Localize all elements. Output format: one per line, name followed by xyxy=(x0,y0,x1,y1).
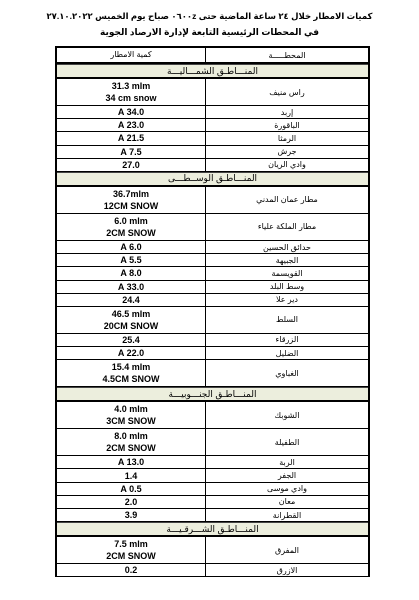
station-name: الجبيهة xyxy=(205,254,368,266)
station-name: الطفيلة xyxy=(205,429,368,455)
report-title: كميات الامطار خلال ٢٤ ساعة الماضية حتى ٠… xyxy=(0,11,419,22)
amount-line: 2CM SNOW xyxy=(106,227,156,239)
station-name: إربد xyxy=(205,106,368,118)
amount-line: 15.4 mlm xyxy=(112,361,151,373)
station-name: وادي موسى xyxy=(205,483,368,495)
amount-line: 46.5 mlm xyxy=(112,308,151,320)
amount-line: A 6.0 xyxy=(120,241,141,253)
station-name: الباقورة xyxy=(205,119,368,131)
station-name: حدائق الحسين xyxy=(205,241,368,253)
amount-line: 6.0 mlm xyxy=(114,215,148,227)
rainfall-amount: A 5.5 xyxy=(57,254,205,266)
table-row: A 5.5الجبيهة xyxy=(57,254,368,267)
table-row: A 6.0حدائق الحسين xyxy=(57,241,368,254)
amount-line: 2CM SNOW xyxy=(106,442,156,454)
rainfall-amount: A 0.5 xyxy=(57,483,205,495)
station-name: الرمثا xyxy=(205,132,368,144)
rainfall-table: كمية الامطار المحطـــــة المنـــاطـق الش… xyxy=(55,46,370,577)
amount-line: A 13.0 xyxy=(118,456,144,468)
table-row: A 21.5الرمثا xyxy=(57,132,368,145)
table-row: 25.4الزرقاء xyxy=(57,334,368,347)
amount-line: A 33.0 xyxy=(118,281,144,293)
rainfall-amount: 6.0 mlm2CM SNOW xyxy=(57,214,205,240)
amount-line: 3CM SNOW xyxy=(106,415,156,427)
rainfall-amount: 24.4 xyxy=(57,294,205,306)
amount-line: 27.0 xyxy=(122,159,140,171)
station-name: راس منيف xyxy=(205,79,368,105)
region-header: المنـــاطـق الوســطـــى xyxy=(57,172,368,187)
amount-line: A 8.0 xyxy=(120,267,141,279)
table-row: 24.4دير علا xyxy=(57,294,368,307)
table-row: 15.4 mlm4.5CM SNOWالغباوي xyxy=(57,360,368,387)
amount-line: 20CM SNOW xyxy=(104,320,159,332)
station-name: الازرق xyxy=(205,564,368,576)
station-name: جرش xyxy=(205,146,368,158)
station-name: الشوبك xyxy=(205,402,368,428)
amount-line: 7.5 mlm xyxy=(114,538,148,550)
rainfall-amount: 3.9 xyxy=(57,509,205,521)
amount-line: A 23.0 xyxy=(118,119,144,131)
amount-line: A 7.5 xyxy=(120,146,141,158)
amount-line: A 34.0 xyxy=(118,106,144,118)
rainfall-amount: A 8.0 xyxy=(57,267,205,279)
table-row: 6.0 mlm2CM SNOWمطار الملكة علياء xyxy=(57,214,368,241)
table-header-row: كمية الامطار المحطـــــة xyxy=(57,48,368,64)
rainfall-amount: 46.5 mlm20CM SNOW xyxy=(57,307,205,333)
amount-line: 8.0 mlm xyxy=(114,430,148,442)
station-name: مطار عمان المدني xyxy=(205,187,368,213)
amount-line: 31.3 mlm xyxy=(112,80,151,92)
column-header-station: المحطـــــة xyxy=(205,48,368,62)
station-name: الضليل xyxy=(205,347,368,359)
rainfall-amount: 27.0 xyxy=(57,159,205,171)
amount-line: 0.2 xyxy=(125,564,138,576)
rainfall-amount: A 34.0 xyxy=(57,106,205,118)
station-name: القويسمة xyxy=(205,267,368,279)
amount-line: 12CM SNOW xyxy=(104,200,159,212)
station-name: السلط xyxy=(205,307,368,333)
region-header: المنـــاطـق الجنـــوبيـــة xyxy=(57,387,368,402)
station-name: الغباوي xyxy=(205,360,368,386)
table-row: A 7.5جرش xyxy=(57,146,368,159)
rainfall-amount: 31.3 mlm34 cm snow xyxy=(57,79,205,105)
column-header-amount: كمية الامطار xyxy=(57,48,205,62)
rainfall-amount: 8.0 mlm2CM SNOW xyxy=(57,429,205,455)
region-header: المنـــاطـق الشمـــاليـــة xyxy=(57,64,368,79)
amount-line: 2.0 xyxy=(125,496,138,508)
station-name: الجفر xyxy=(205,469,368,481)
rainfall-amount: 15.4 mlm4.5CM SNOW xyxy=(57,360,205,386)
region-header: المنـــاطـق الشـــرقـيـــة xyxy=(57,522,368,537)
amount-line: 4.5CM SNOW xyxy=(102,373,159,385)
table-row: A 23.0الباقورة xyxy=(57,119,368,132)
amount-line: 25.4 xyxy=(122,334,140,346)
amount-line: A 21.5 xyxy=(118,132,144,144)
rainfall-amount: A 22.0 xyxy=(57,347,205,359)
station-name: دير علا xyxy=(205,294,368,306)
amount-line: 36.7mlm xyxy=(113,188,149,200)
table-row: 36.7mlm12CM SNOWمطار عمان المدني xyxy=(57,187,368,214)
rainfall-amount: 7.5 mlm2CM SNOW xyxy=(57,537,205,563)
table-row: 31.3 mlm34 cm snowراس منيف xyxy=(57,79,368,106)
amount-line: 1.4 xyxy=(125,470,138,482)
amount-line: A 0.5 xyxy=(120,483,141,495)
station-name: الربة xyxy=(205,456,368,468)
table-row: A 22.0الضليل xyxy=(57,347,368,360)
rainfall-amount: A 23.0 xyxy=(57,119,205,131)
amount-line: 4.0 mlm xyxy=(114,403,148,415)
rainfall-amount: A 6.0 xyxy=(57,241,205,253)
amount-line: 34 cm snow xyxy=(105,92,156,104)
table-row: 2.0معان xyxy=(57,496,368,509)
table-row: A 0.5وادي موسى xyxy=(57,483,368,496)
table-row: A 8.0القويسمة xyxy=(57,267,368,280)
table-row: A 34.0إربد xyxy=(57,106,368,119)
table-row: 7.5 mlm2CM SNOWالمفرق xyxy=(57,537,368,564)
table-row: 4.0 mlm3CM SNOWالشوبك xyxy=(57,402,368,429)
station-name: الزرقاء xyxy=(205,334,368,346)
rainfall-amount: 2.0 xyxy=(57,496,205,508)
amount-line: 3.9 xyxy=(125,509,138,521)
rainfall-amount: 1.4 xyxy=(57,469,205,481)
table-row: 0.2الازرق xyxy=(57,564,368,577)
station-name: القطرانة xyxy=(205,509,368,521)
rainfall-amount: 0.2 xyxy=(57,564,205,576)
rainfall-amount: A 21.5 xyxy=(57,132,205,144)
station-name: وسط البلد xyxy=(205,281,368,293)
amount-line: 2CM SNOW xyxy=(106,550,156,562)
station-name: معان xyxy=(205,496,368,508)
table-row: 46.5 mlm20CM SNOWالسلط xyxy=(57,307,368,334)
rainfall-amount: 36.7mlm12CM SNOW xyxy=(57,187,205,213)
station-name: وادي الريان xyxy=(205,159,368,171)
amount-line: 24.4 xyxy=(122,294,140,306)
amount-line: A 5.5 xyxy=(120,254,141,266)
amount-line: A 22.0 xyxy=(118,347,144,359)
table-row: 27.0وادي الريان xyxy=(57,159,368,172)
rainfall-amount: 4.0 mlm3CM SNOW xyxy=(57,402,205,428)
station-name: المفرق xyxy=(205,537,368,563)
rainfall-amount: 25.4 xyxy=(57,334,205,346)
report-subtitle: في المحطات الرئيسية التابعة لإدارة الارص… xyxy=(0,27,419,38)
table-row: 3.9القطرانة xyxy=(57,509,368,522)
table-row: A 33.0وسط البلد xyxy=(57,281,368,294)
table-row: 1.4الجفر xyxy=(57,469,368,482)
table-row: A 13.0الربة xyxy=(57,456,368,469)
rainfall-amount: A 7.5 xyxy=(57,146,205,158)
rainfall-amount: A 13.0 xyxy=(57,456,205,468)
rainfall-amount: A 33.0 xyxy=(57,281,205,293)
station-name: مطار الملكة علياء xyxy=(205,214,368,240)
table-body: المنـــاطـق الشمـــاليـــة31.3 mlm34 cm … xyxy=(57,64,368,577)
table-row: 8.0 mlm2CM SNOWالطفيلة xyxy=(57,429,368,456)
